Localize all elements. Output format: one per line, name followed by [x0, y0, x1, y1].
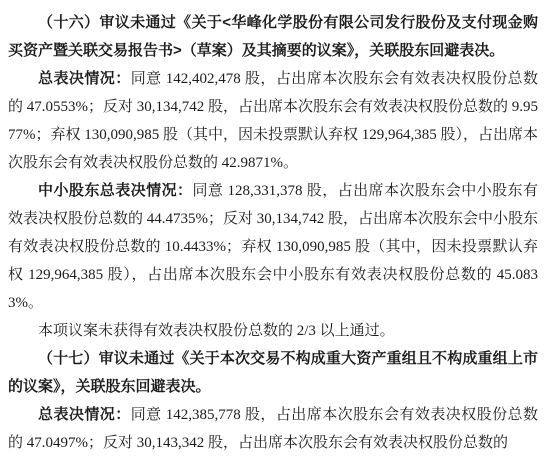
- resolution-16-title: （十六）审议未通过《关于<华峰化学股份有限公司发行股份及支付现金购买资产暨关联交…: [8, 9, 538, 65]
- total-vote-label: 总表决情况：: [38, 70, 131, 87]
- resolution-17-total-vote-paragraph: 总表决情况：同意 142,385,778 股，占出席本次股东会有效表决权股份总数…: [8, 401, 538, 457]
- resolution-16-total-vote-paragraph: 总表决情况：同意 142,402,478 股，占出席本次股东会有效表决权股份总数…: [8, 65, 538, 177]
- resolution-17-title: （十七）审议未通过《关于本次交易不构成重大资产重组且不构成重组上市的议案》，关联…: [8, 345, 538, 401]
- resolution-16-result-text: 本项议案未获得有效表决权股份总数的 2/3 以上通过。: [8, 317, 538, 345]
- resolution-16-minority-vote-paragraph: 中小股东总表决情况：同意 128,331,378 股，占出席本次股东会中小股东有…: [8, 177, 538, 317]
- document-page: （十六）审议未通过《关于<华峰化学股份有限公司发行股份及支付现金购买资产暨关联交…: [0, 0, 545, 473]
- minority-vote-text: 同意 128,331,378 股，占出席本次股东会中小股东有效表决权股份总数的 …: [8, 183, 538, 311]
- total-vote-label-2: 总表决情况：: [38, 406, 131, 423]
- minority-vote-label: 中小股东总表决情况：: [38, 182, 192, 199]
